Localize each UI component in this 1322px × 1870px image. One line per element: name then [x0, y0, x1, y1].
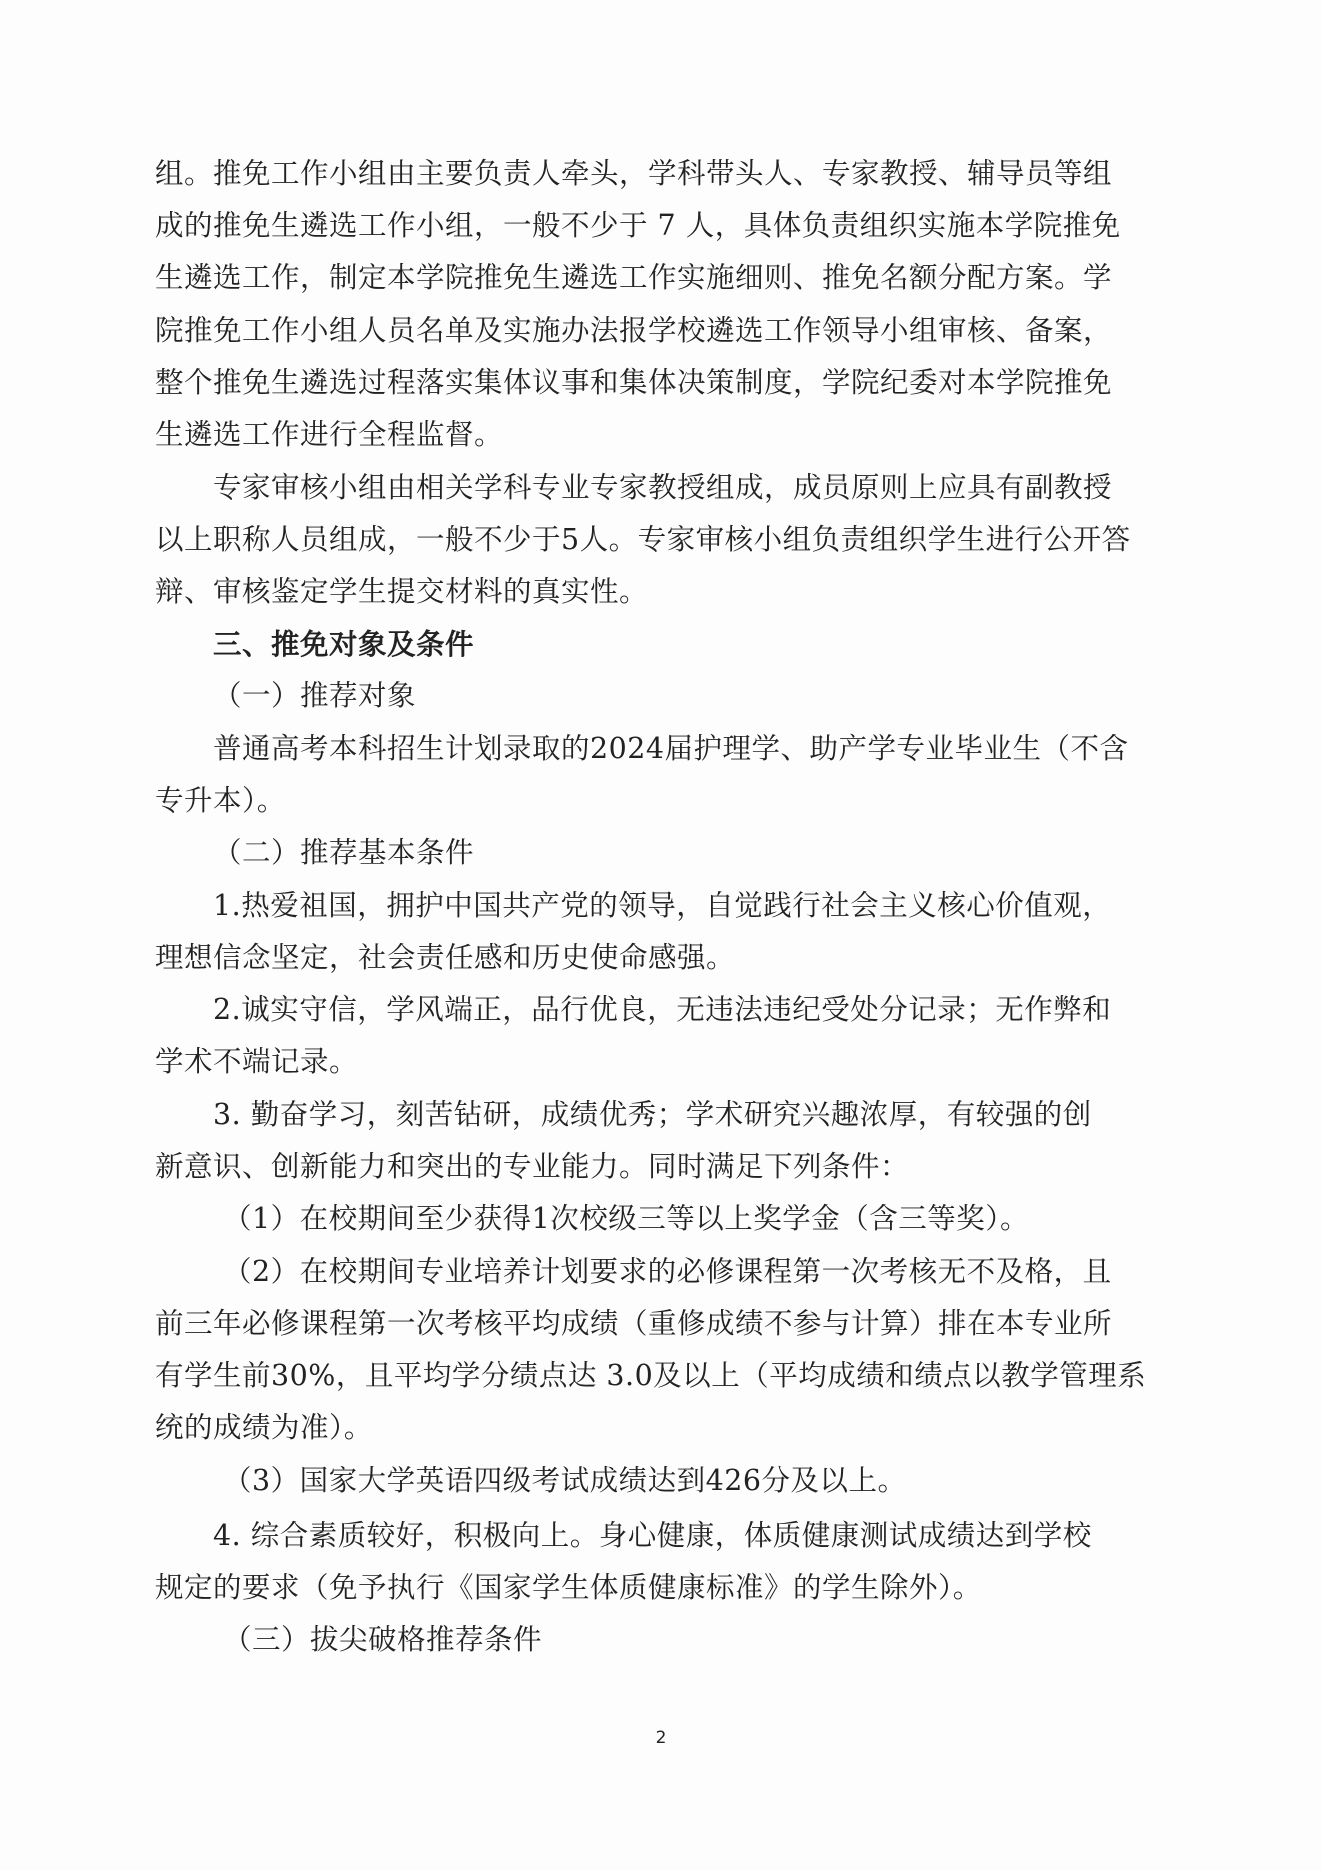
text-line: （1）在校期间至少获得1次校级三等以上奖学金（含三等奖）。 [155, 1193, 1029, 1245]
text-line: 前三年必修课程第一次考核平均成绩（重修成绩不参与计算）排在本专业所 [155, 1298, 1112, 1350]
text-line: （二）推荐基本条件 [155, 827, 474, 879]
text-line: 专家审核小组由相关学科专业专家教授组成，成员原则上应具有副教授 [155, 462, 1112, 514]
text-line: （3）国家大学英语四级考试成绩达到426分及以上。 [155, 1455, 907, 1507]
text-line: 理想信念坚定，社会责任感和历史使命感强。 [155, 932, 735, 984]
page-number: 2 [0, 1728, 1322, 1748]
text-line: 4. 综合素质较好，积极向上。身心健康，体质健康测试成绩达到学校 [155, 1510, 1092, 1562]
text-line: 统的成绩为准）。 [155, 1402, 373, 1454]
text-line: 整个推免生遴选过程落实集体议事和集体决策制度，学院纪委对本学院推免 [155, 357, 1112, 409]
text-line: 以上职称人员组成，一般不少于5人。专家审核小组负责组织学生进行公开答 [155, 514, 1131, 566]
text-line: 2.诚实守信，学风端正，品行优良，无违法违纪受处分记录；无作弊和 [155, 984, 1111, 1036]
text-line: 成的推免生遴选工作小组，一般不少于 7 人，具体负责组织实施本学院推免 [155, 200, 1121, 252]
text-line: 学术不端记录。 [155, 1036, 358, 1088]
text-line: 有学生前30%，且平均学分绩点达 3.0及以上（平均成绩和绩点以教学管理系 [155, 1350, 1146, 1402]
text-line: （2）在校期间专业培养计划要求的必修课程第一次考核无不及格，且 [155, 1246, 1112, 1298]
text-line: 1.热爱祖国，拥护中国共产党的领导，自觉践行社会主义核心价值观， [155, 880, 1111, 932]
text-line: 新意识、创新能力和突出的专业能力。同时满足下列条件： [155, 1141, 909, 1193]
text-line: 院推免工作小组人员名单及实施办法报学校遴选工作领导小组审核、备案， [155, 305, 1112, 357]
text-line: 生遴选工作进行全程监督。 [155, 409, 503, 461]
text-line: 3. 勤奋学习，刻苦钻研，成绩优秀；学术研究兴趣浓厚，有较强的创 [155, 1089, 1092, 1141]
text-line: 辩、审核鉴定学生提交材料的真实性。 [155, 566, 648, 618]
text-line: 普通高考本科招生计划录取的2024届护理学、助产学专业毕业生（不含 [155, 723, 1129, 775]
section-heading: 三、推免对象及条件 [155, 618, 474, 670]
document-page: 组。推免工作小组由主要负责人牵头，学科带头人、专家教授、辅导员等组成的推免生遴选… [0, 0, 1322, 1870]
text-line: 规定的要求（免予执行《国家学生体质健康标准》的学生除外）。 [155, 1562, 982, 1614]
text-line: （一）推荐对象 [155, 670, 416, 722]
text-line: 生遴选工作，制定本学院推免生遴选工作实施细则、推免名额分配方案。学 [155, 252, 1112, 304]
text-line: 专升本）。 [155, 775, 286, 827]
text-line: （三）拔尖破格推荐条件 [155, 1614, 542, 1666]
text-line: 组。推免工作小组由主要负责人牵头，学科带头人、专家教授、辅导员等组 [155, 148, 1112, 200]
